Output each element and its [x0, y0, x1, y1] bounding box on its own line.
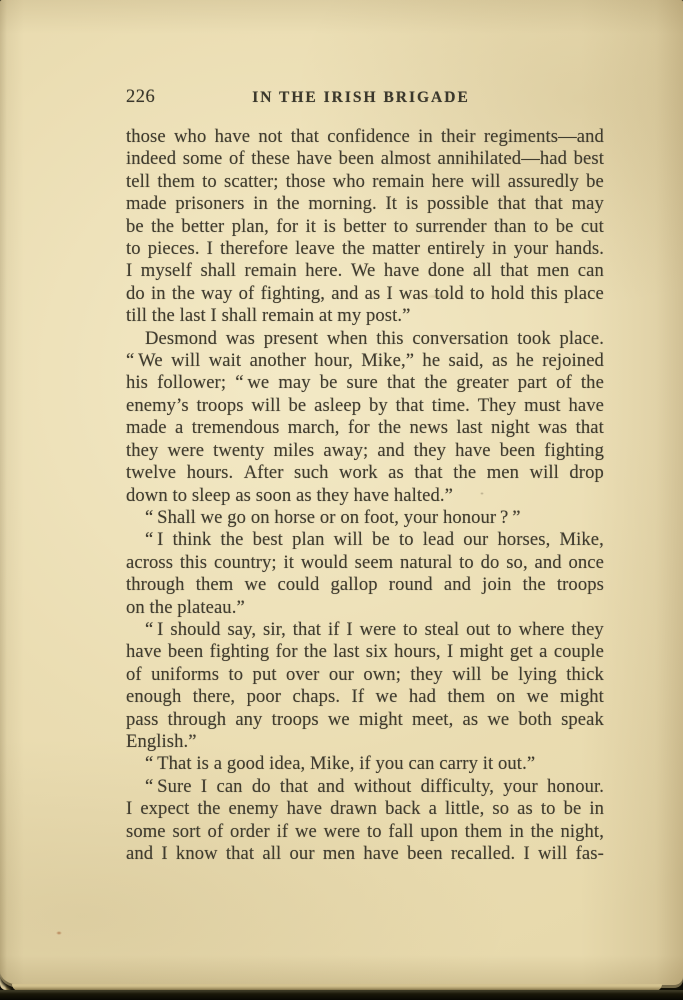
text-line: ofuniformstoputoverourown;theywillbelyin… [126, 664, 604, 686]
text-line: “ Wewillwaitanotherhour,Mike,”hesaid,ash… [126, 350, 604, 372]
text-line: hisfollower;“ wemaybesurethatthegreaterp… [126, 372, 604, 394]
text-line: theyweretwentymilesaway;andtheyhavebeenf… [126, 440, 604, 462]
text-line: thosewhohavenotthatconfidenceintheirregi… [126, 126, 604, 148]
running-head-title: IN THE IRISH BRIGADE [126, 88, 596, 108]
text-line: throughthemwecouldgalloproundandjointhet… [126, 574, 604, 596]
text-line: “ Ishouldsay,sir,thatifIweretostealoutto… [145, 619, 604, 641]
text-line: “ Shall we go on horse or on foot, your … [145, 507, 604, 529]
text-line: topieces.Ithereforeleavethematterentirel… [126, 238, 604, 260]
text-line: “ SureIcandothatandwithoutdifficulty,you… [145, 776, 604, 798]
text-line: enoughthere,poorchaps.Ifwehadthemonwemig… [126, 686, 604, 708]
text-line: twelvehours.Aftersuchworkasthatthemenwil… [126, 462, 604, 484]
text-line: havebeenfightingforthelastsixhours,Imigh… [126, 641, 604, 663]
text-line: somesortoforderifweweretofalluponthemint… [126, 821, 604, 843]
text-line: dointhewayoffighting,andasIwastoldtohold… [126, 283, 604, 305]
scan-bottom-shadow [0, 990, 683, 1000]
book-scan: 226 IN THE IRISH BRIGADE thosewhohavenot… [0, 0, 683, 1000]
text-line: on the plateau.” [126, 597, 604, 619]
text-line: madeprisonersinthemorning.Itispossibleth… [126, 193, 604, 215]
text-line: Iexpecttheenemyhavedrawnbackalittle,soas… [126, 798, 604, 820]
text-line: enemy’stroopswillbeasleepbythattime.They… [126, 395, 604, 417]
text-line: andIknowthatallourmenhavebeenrecalled.Iw… [126, 843, 604, 865]
text-line: passthroughanytroopswemightmeet,asweboth… [126, 709, 604, 731]
text-line: acrossthiscountry;itwouldseemnaturaltodo… [126, 552, 604, 574]
text-line: madeatremendousmarch,forthenewslastnight… [126, 417, 604, 439]
text-line: tellthemtoscatter;thosewhoremainherewill… [126, 171, 604, 193]
text-line: Imyselfshallremainhere.Wehavedoneallthat… [126, 260, 604, 282]
text-line: “ Ithinkthebestplanwillbetoleadourhorses… [145, 529, 604, 551]
text-line: bethebetterplan,foritisbettertosurrender… [126, 216, 604, 238]
scan-speck [480, 492, 484, 495]
text-line: “ That is a good idea, Mike, if you can … [145, 753, 604, 775]
text-line: indeedsomeofthesehavebeenalmostannihilat… [126, 148, 604, 170]
text-line: till the last I shall remain at my post.… [126, 305, 604, 327]
text-block: thosewhohavenotthatconfidenceintheirregi… [126, 126, 604, 865]
running-head: 226 IN THE IRISH BRIGADE [126, 86, 604, 108]
text-line: down to sleep as soon as they have halte… [126, 485, 604, 507]
scan-speck [56, 931, 62, 935]
text-line: Desmondwaspresentwhenthisconversationtoo… [145, 328, 604, 350]
book-page: 226 IN THE IRISH BRIGADE thosewhohavenot… [0, 0, 683, 985]
text-line: English.” [126, 731, 604, 753]
scan-smudge [425, 294, 451, 299]
